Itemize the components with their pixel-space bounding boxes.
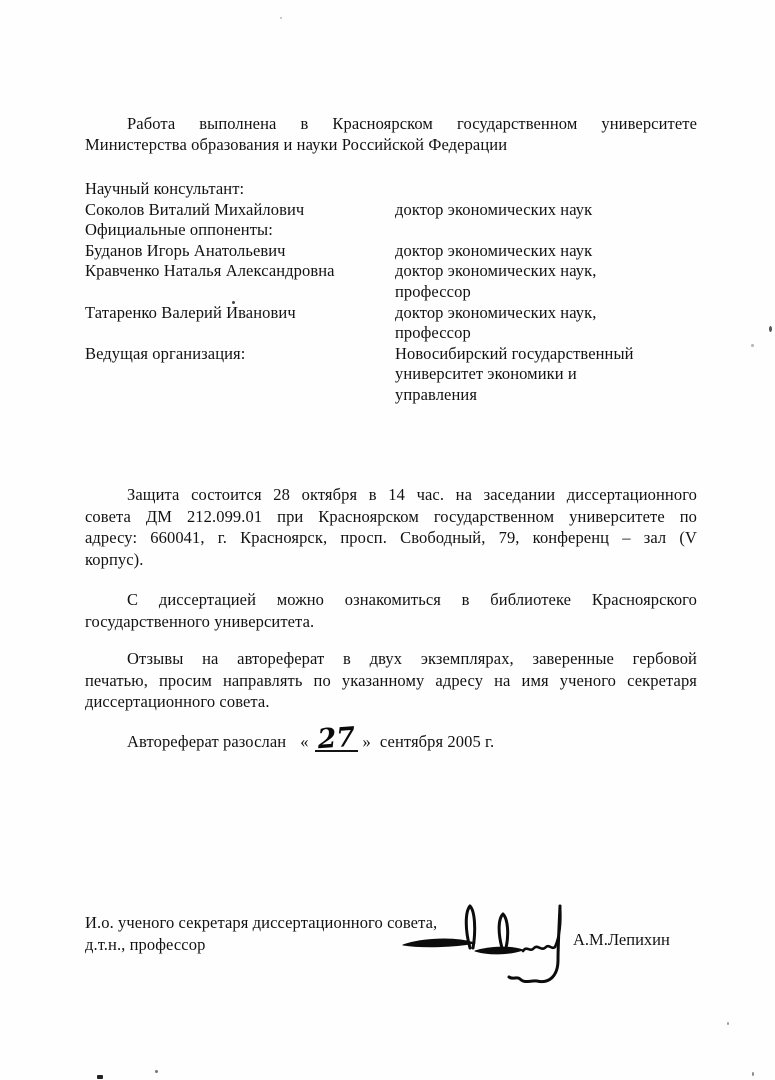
- para-performed-at-line2: Министерства образования и науки Российс…: [85, 134, 697, 155]
- credential-name: Буданов Игорь Анатольевич: [85, 241, 395, 262]
- para-reviews-line1: Отзывы на автореферат в двух экземплярах…: [85, 648, 697, 670]
- para-library-line1: С диссертацией можно ознакомиться в библ…: [85, 589, 697, 611]
- dispatch-suffix: сентября 2005 г.: [380, 731, 494, 752]
- para-library-line2: государственного университета.: [85, 611, 697, 633]
- credentials-row-consultant: Соколов Виталий Михайлович доктор эконом…: [85, 200, 697, 221]
- para-defense-line4: корпус).: [85, 549, 697, 571]
- close-guillemet: »: [363, 731, 371, 752]
- credential-name: Соколов Виталий Михайлович: [85, 200, 395, 221]
- para-defense-line3: адресу: 660041, г. Красноярск, просп. Св…: [85, 527, 697, 549]
- credential-org: Новосибирский государственный университе…: [395, 344, 657, 406]
- credential-degree: доктор экономических наук: [395, 241, 657, 262]
- credential-degree: доктор экономических наук, профессор: [395, 303, 657, 344]
- scan-speck: [727, 1022, 729, 1025]
- credential-degree: доктор экономических наук, профессор: [395, 261, 657, 302]
- para-performed-at: Работа выполнена в Красноярском государс…: [85, 113, 697, 156]
- credentials-row-opponent-2: Кравченко Наталья Александровна доктор э…: [85, 261, 697, 302]
- para-reviews-line2: печатью, просим направлять по указанному…: [85, 670, 697, 692]
- credentials-table: Научный консультант: Соколов Виталий Мих…: [85, 179, 697, 406]
- scan-speck: [232, 301, 235, 304]
- credential-label: Научный консультант:: [85, 179, 395, 200]
- scan-speck: [280, 17, 282, 19]
- scan-speck: [751, 344, 754, 347]
- para-library: С диссертацией можно ознакомиться в библ…: [85, 589, 697, 632]
- scan-speck: [155, 1070, 158, 1073]
- para-defense-line2: совета ДМ 212.099.01 при Красноярском го…: [85, 506, 697, 528]
- open-guillemet: «: [300, 731, 308, 752]
- para-performed-at-line1: Работа выполнена в Красноярском государс…: [85, 113, 697, 134]
- credential-label: Ведущая организация:: [85, 344, 395, 365]
- credential-degree: доктор экономических наук: [395, 200, 657, 221]
- credentials-row-opponent-1: Буданов Игорь Анатольевич доктор экономи…: [85, 241, 697, 262]
- handwritten-day: 27: [314, 725, 359, 754]
- scan-speck: [769, 326, 772, 332]
- scan-speck: [752, 1072, 754, 1076]
- credentials-row-leading-org: Ведущая организация: Новосибирский госуд…: [85, 344, 697, 406]
- credential-name: Кравченко Наталья Александровна: [85, 261, 395, 282]
- document-page: Работа выполнена в Красноярском государс…: [0, 0, 775, 1080]
- signature-icon: [393, 885, 578, 993]
- para-defense-line1: Защита состоится 28 октября в 14 час. на…: [85, 484, 697, 506]
- handwritten-day-slot: 27: [315, 723, 358, 752]
- credentials-row-consultant-label: Научный консультант:: [85, 179, 697, 200]
- credential-name: Татаренко Валерий Иванович: [85, 303, 395, 324]
- credential-label: Официальные оппоненты:: [85, 220, 395, 241]
- credentials-row-opponents-label: Официальные оппоненты:: [85, 220, 697, 241]
- signatory-name: А.М.Лепихин: [573, 930, 670, 950]
- para-defense: Защита состоится 28 октября в 14 час. на…: [85, 484, 697, 570]
- para-reviews: Отзывы на автореферат в двух экземплярах…: [85, 648, 697, 713]
- dispatch-prefix: Автореферат разослан: [127, 731, 286, 752]
- credentials-row-opponent-3: Татаренко Валерий Иванович доктор эконом…: [85, 303, 697, 344]
- scan-speck: [97, 1075, 103, 1079]
- para-reviews-line3: диссертационного совета.: [85, 691, 697, 713]
- dispatch-line: Автореферат разослан « 27 » сентября 200…: [127, 722, 494, 752]
